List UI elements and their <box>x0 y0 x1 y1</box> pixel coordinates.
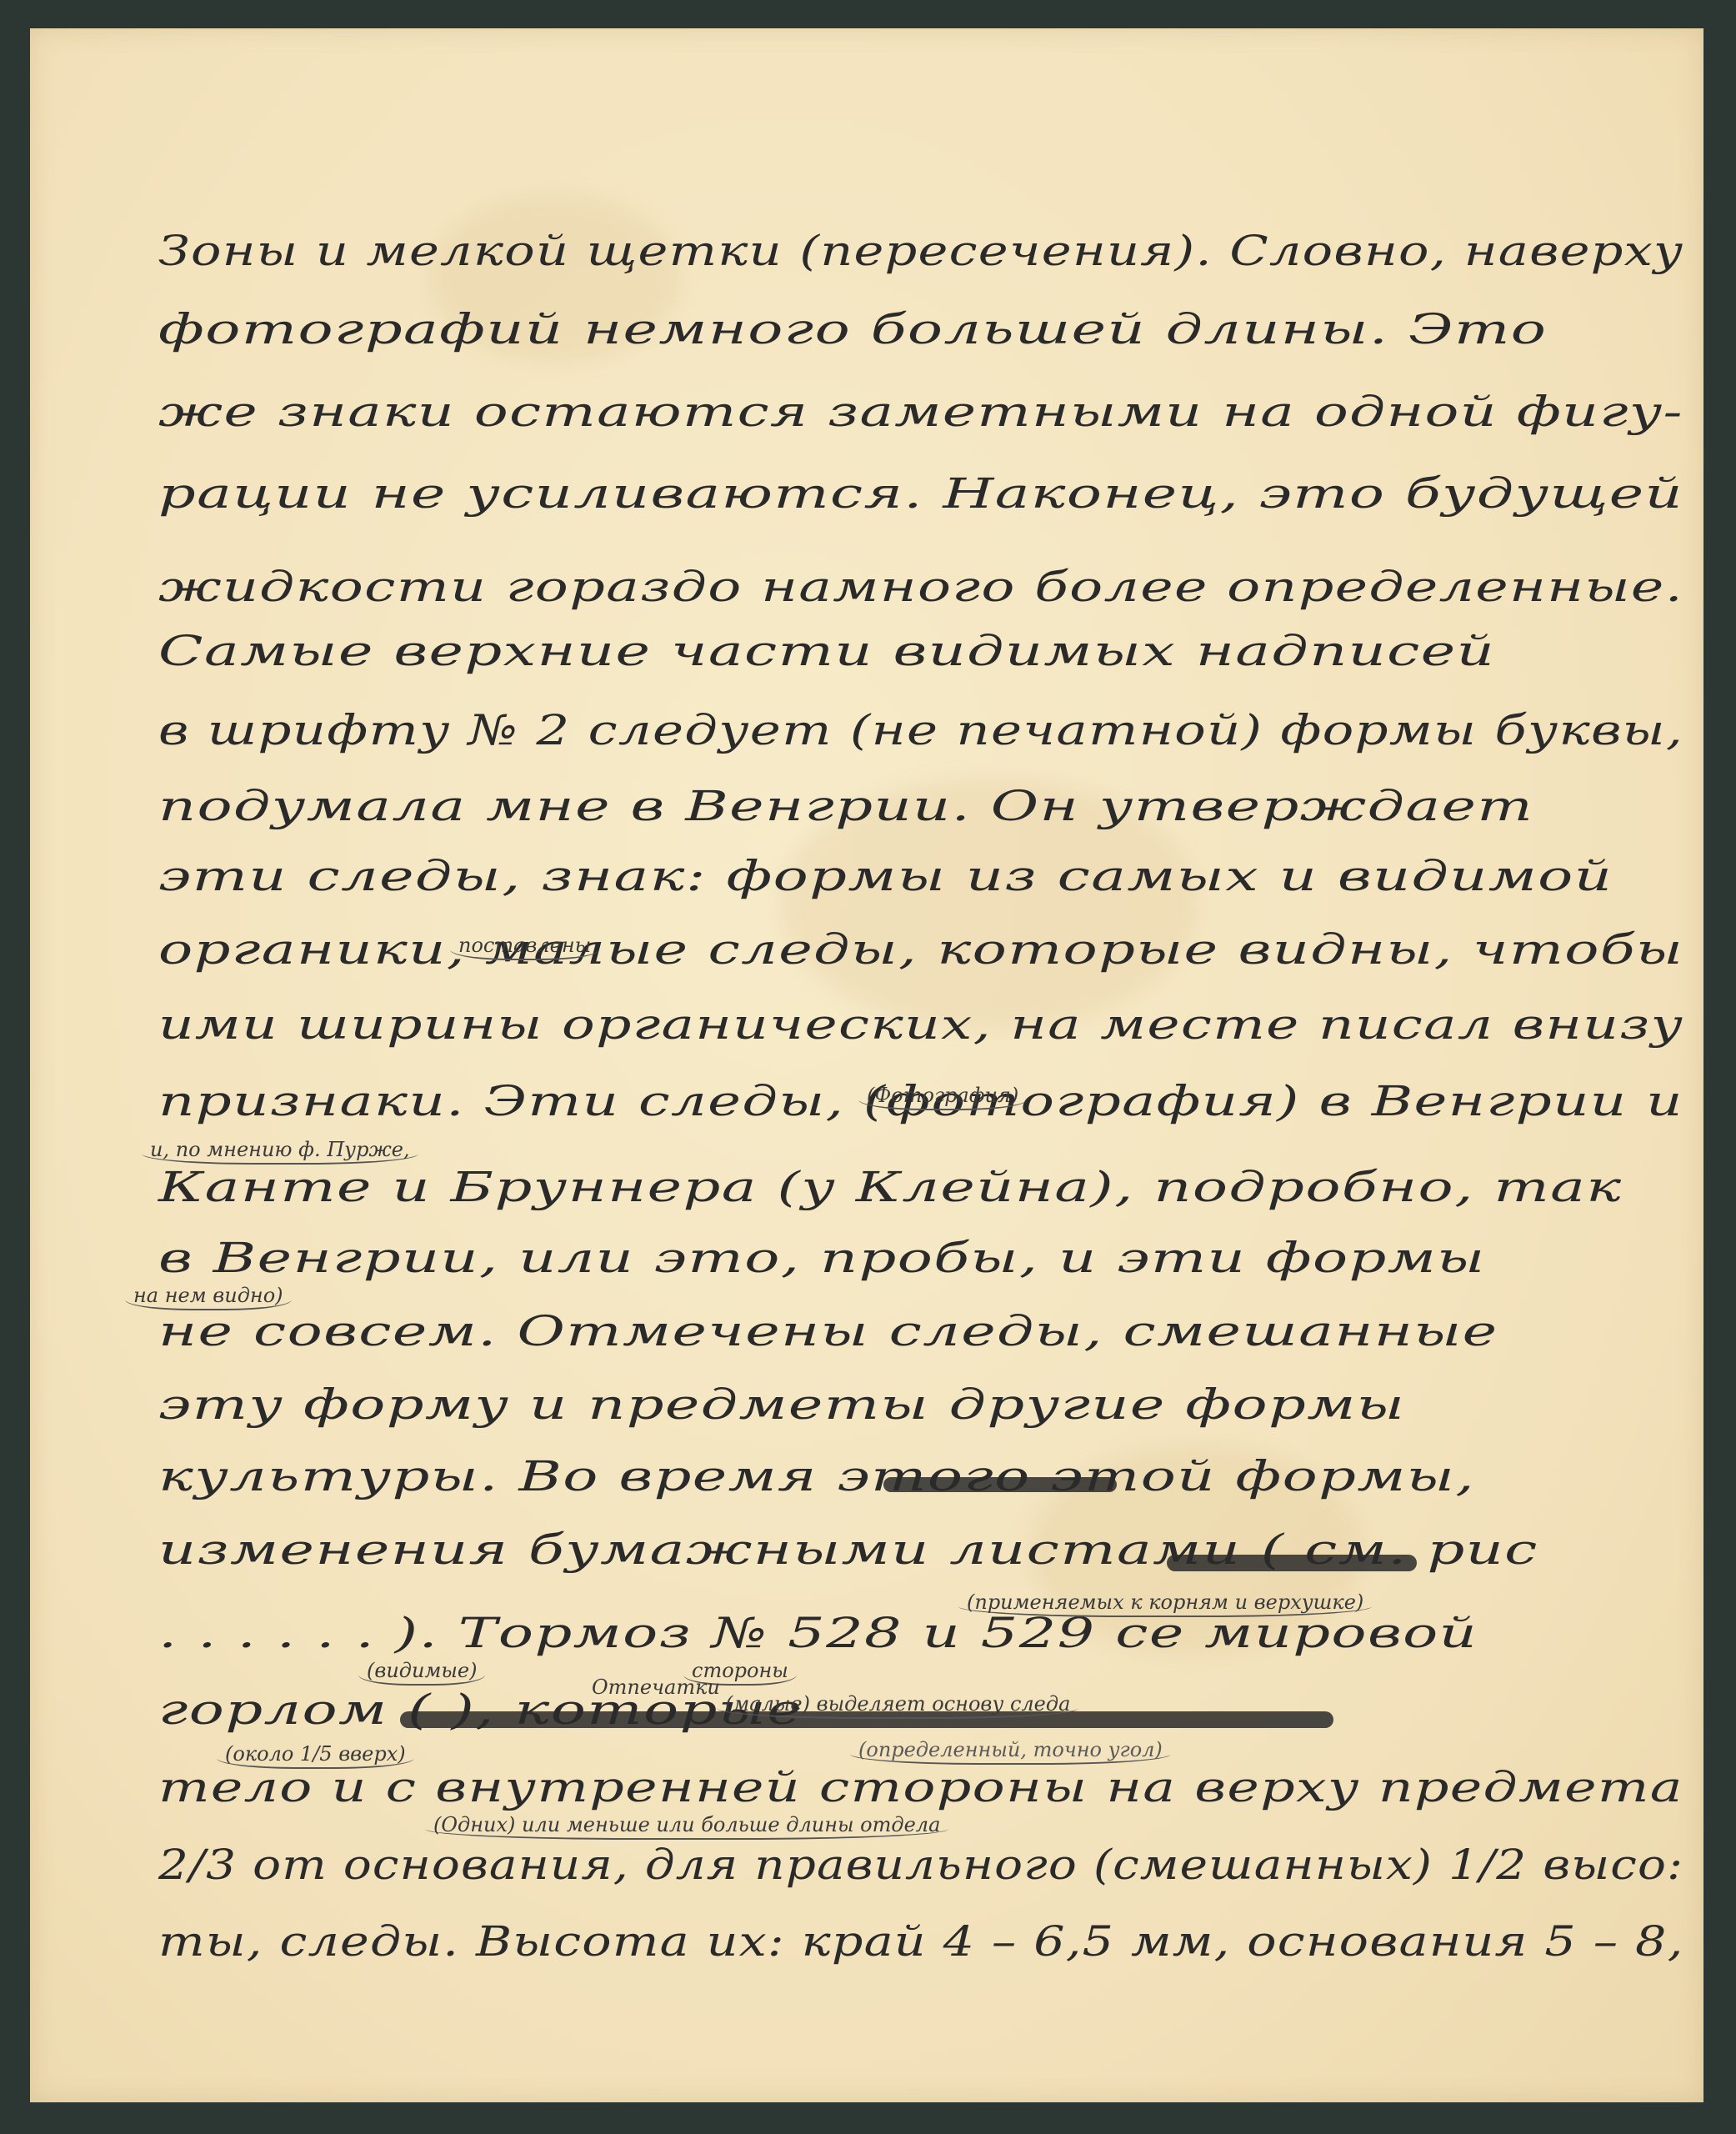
manuscript-line: жидкости гораздо намного более определен… <box>158 563 1683 611</box>
strikethrough-mark <box>1167 1555 1417 1571</box>
manuscript-line: тело и с внутренней стороны на верху пре… <box>158 1763 1683 1811</box>
manuscript-line: подумала мне в Венгрии. Он утверждает <box>158 782 1533 830</box>
manuscript-line: эту форму и предметы другие формы <box>158 1380 1405 1429</box>
annotation: и, по мнению ф. Пурже, <box>142 1138 418 1165</box>
manuscript-line: фотографий немного большей длины. Это <box>158 305 1547 353</box>
annotation: (около 1/5 вверх) <box>217 1742 414 1769</box>
manuscript-line: ими ширины органических, на месте писал … <box>158 1000 1683 1049</box>
manuscript-line: . . . . . . ). Тормоз № 528 и 529 се мир… <box>158 1609 1478 1657</box>
annotation: (Одних) или меньше или больше длины отде… <box>425 1813 948 1840</box>
manuscript-line: рации не усиливаются. Наконец, это будущ… <box>158 469 1683 518</box>
manuscript-line: не совсем. Отмечены следы, смешанные <box>158 1307 1498 1355</box>
manuscript-line: 2/3 от основания, для правильного (смеша… <box>158 1841 1683 1889</box>
manuscript-line: же знаки остаются заметными на одной фиг… <box>158 388 1683 436</box>
manuscript-line: в шрифту № 2 следует (не печатной) формы… <box>158 706 1683 754</box>
annotation: Отпечатки <box>583 1676 728 1701</box>
manuscript-line: Канте и Бруннера (у Клейна), подробно, т… <box>158 1163 1623 1211</box>
annotation: (применяемых к корням и верхушке) <box>958 1590 1372 1617</box>
manuscript-line: Зоны и мелкой щетки (пересечения). Словн… <box>158 227 1683 275</box>
annotation: поставлены <box>450 934 599 960</box>
annotation: (видимые) <box>358 1659 485 1686</box>
manuscript-line: органики, малые следы, которые видны, чт… <box>158 925 1683 974</box>
manuscript-line: Самые верхние части видимых надписей <box>158 627 1495 675</box>
annotation: (определенный, точно угол) <box>850 1738 1171 1765</box>
annotation: (Фотография) <box>858 1084 1027 1110</box>
annotation: на нем видно) <box>125 1284 292 1310</box>
annotation: (малые) выделяет основу следа <box>717 1692 1078 1719</box>
strikethrough-mark <box>883 1477 1117 1492</box>
manuscript-line: культуры. Во время этого этой формы, <box>158 1452 1475 1500</box>
manuscript-line: ты, следы. Высота их: край 4 – 6,5 мм, о… <box>158 1917 1683 1966</box>
manuscript-line: эти следы, знак: формы из самых и видимо… <box>158 852 1613 900</box>
manuscript-line: в Венгрии, или это, пробы, и эти формы <box>158 1234 1486 1282</box>
